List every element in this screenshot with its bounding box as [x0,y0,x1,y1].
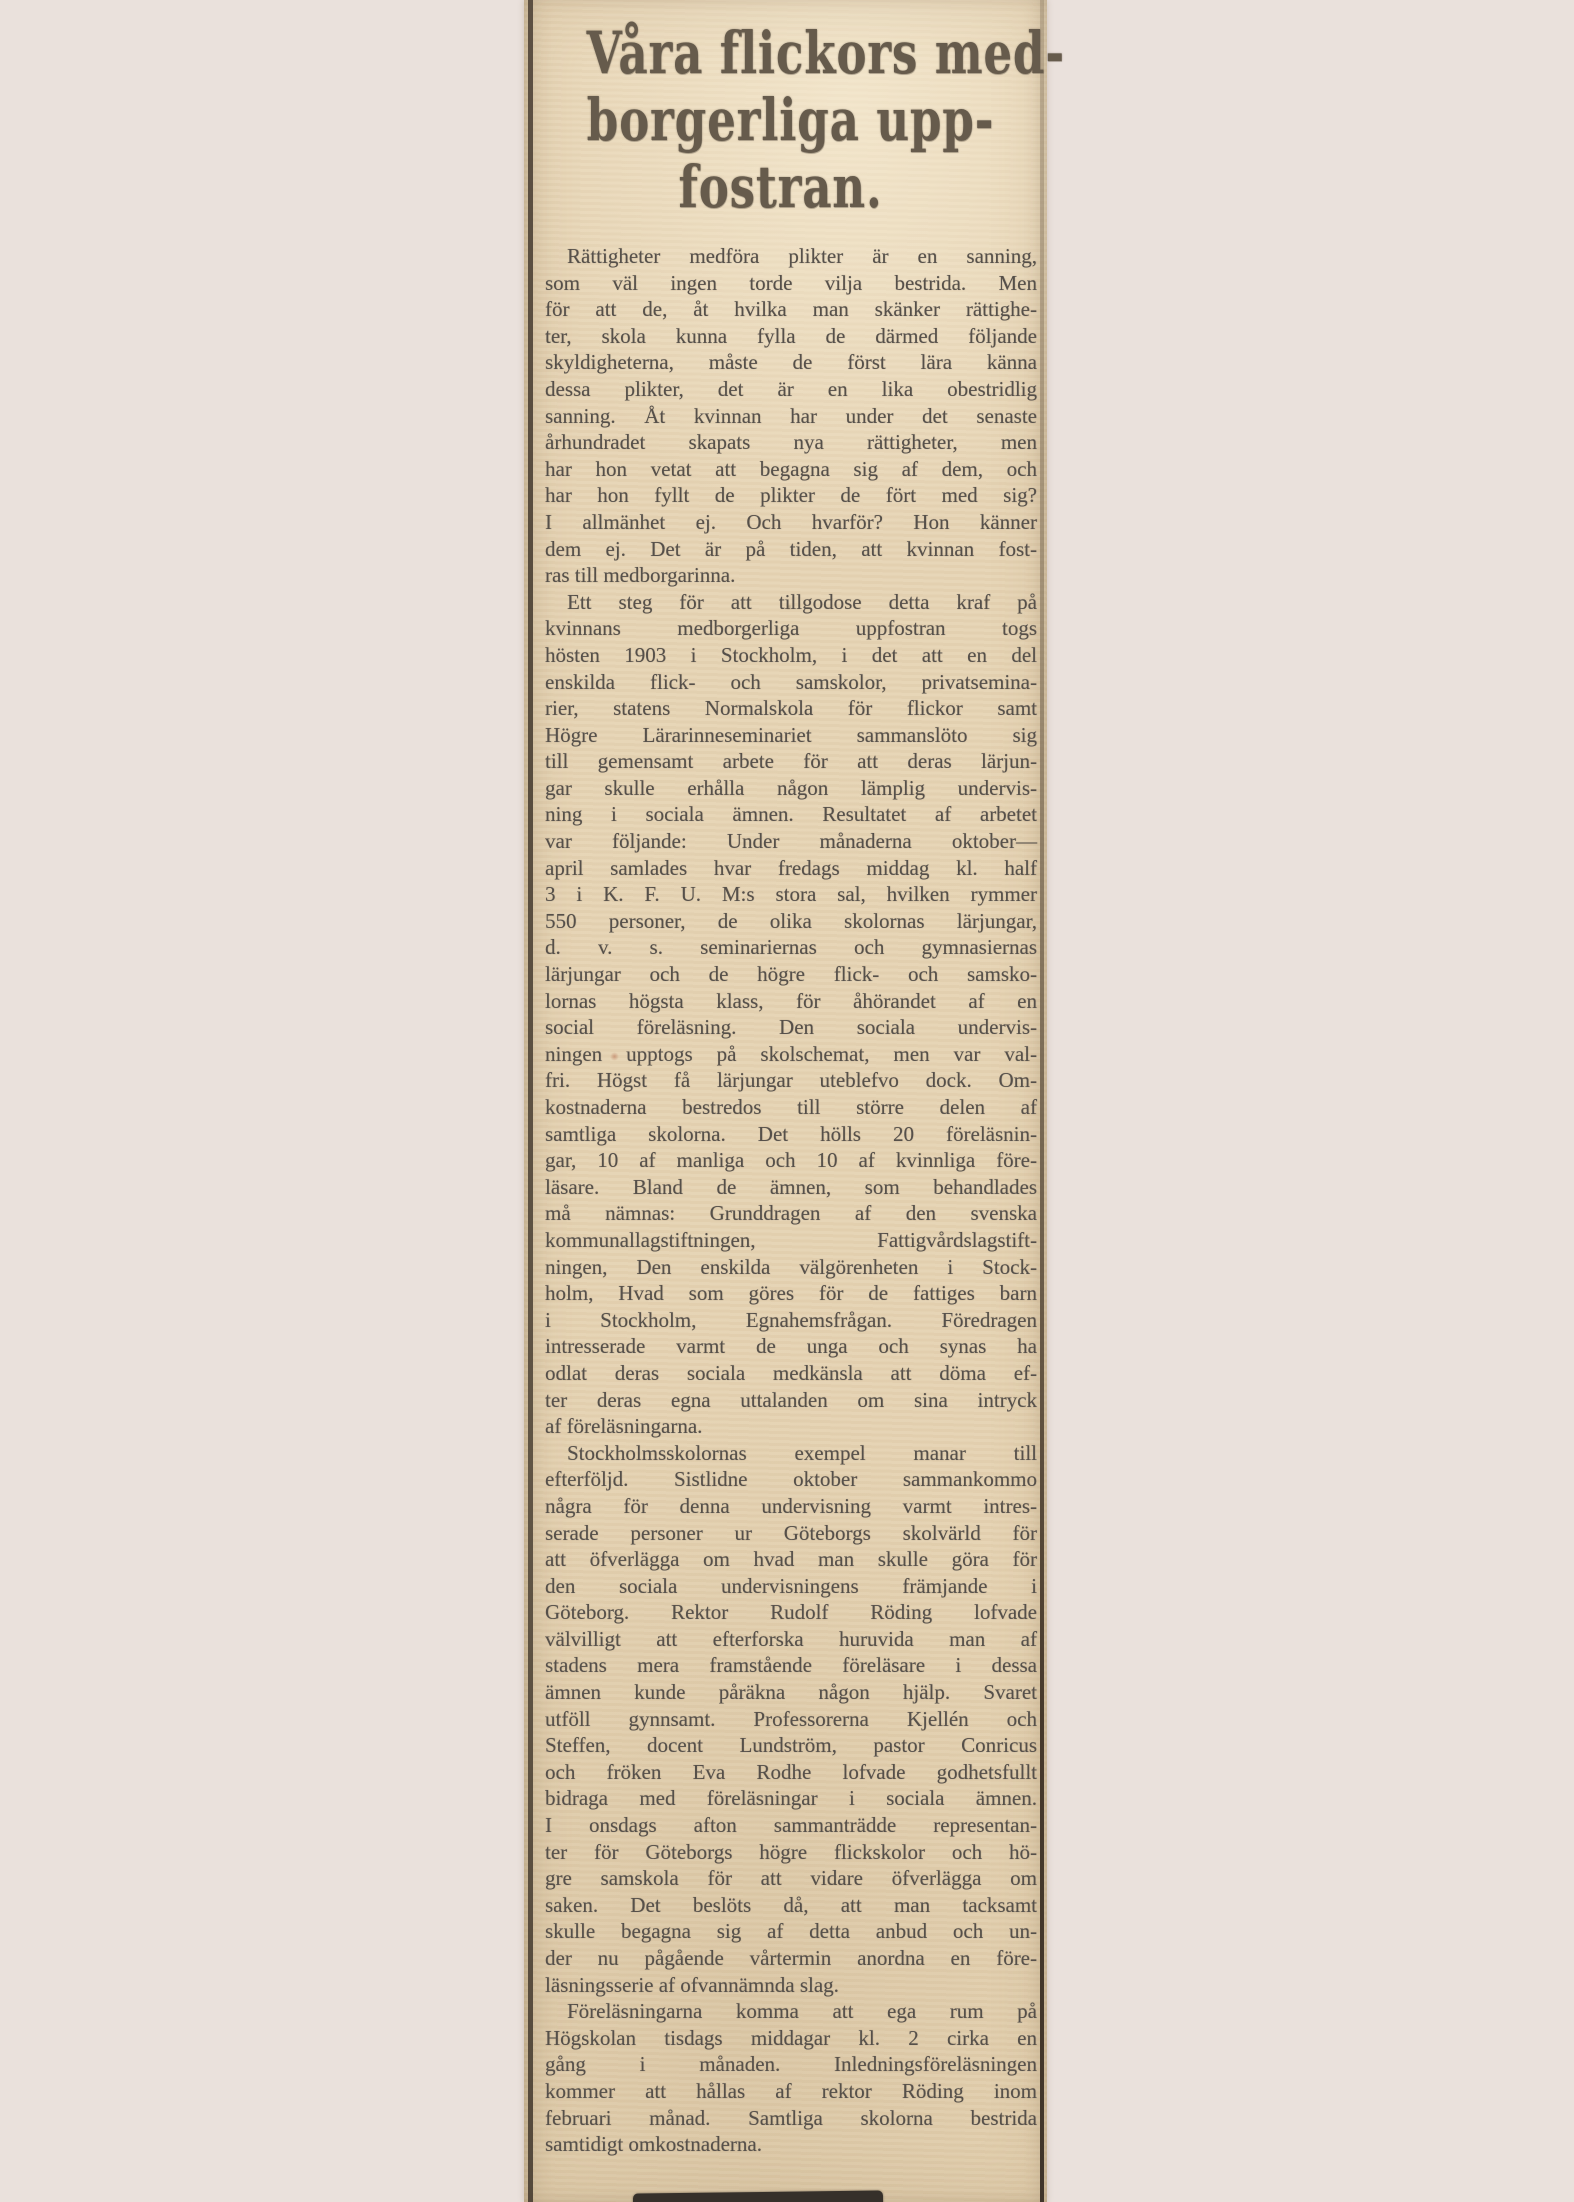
article-line: ningen upptogs på skolschemat, men var v… [545,1041,1037,1068]
article-line: samtliga skolorna. Det hölls 20 föreläsn… [545,1121,1037,1148]
article-line: skulle begagna sig af detta anbud och un… [545,1918,1037,1945]
article-line: har hon vetat att begagna sig af dem, oc… [545,456,1037,483]
article-line: holm, Hvad som göres för de fattiges bar… [545,1280,1037,1307]
article-line: att öfverlägga om hvad man skulle göra f… [545,1546,1037,1573]
article-title: Våra flickors med- borgerliga upp- fostr… [532,20,1029,221]
article-line: århundradet skapats nya rättigheter, men [545,429,1037,456]
article-line: utföll gynnsamt. Professorerna Kjellén o… [545,1706,1037,1733]
article-line: välvilligt att efterforska huruvida man … [545,1626,1037,1653]
article-title-line-3: fostran. [587,154,975,221]
article-line: efterföljd. Sistlidne oktober sammankomm… [545,1466,1037,1493]
scan-background: Våra flickors med- borgerliga upp- fostr… [0,0,1574,2202]
article-line: social föreläsning. Den sociala undervis… [545,1014,1037,1041]
article-line: ras till medborgarinna. [545,562,1037,589]
article-line: ter, skola kunna fylla de därmed följand… [545,323,1037,350]
article-line: dessa plikter, det är en lika obestridli… [545,376,1037,403]
article-line: Rättigheter medföra plikter är en sannin… [545,243,1037,270]
article-line: intresserade varmt de unga och synas ha [545,1333,1037,1360]
article-line: saken. Det beslöts då, att man tacksamt [545,1892,1037,1919]
article-line: 550 personer, de olika skolornas lärjung… [545,908,1037,935]
article-line: som väl ingen torde vilja bestrida. Men [545,270,1037,297]
article-line: skyldigheterna, måste de först lära känn… [545,349,1037,376]
article-line: I allmänhet ej. Och hvarför? Hon känner [545,509,1037,536]
article-line: gre samskola för att vidare öfverlägga o… [545,1865,1037,1892]
article-line: kostnaderna bestredos till större delen … [545,1094,1037,1121]
article-line: för att de, åt hvilka man skänker rättig… [545,296,1037,323]
article-line: sanning. Åt kvinnan har under det senast… [545,403,1037,430]
article-line: läsningsserie af ofvannämnda slag. [545,1972,1037,1999]
article-title-line-1: Våra flickors med- [587,20,975,87]
article-line: fri. Högst få lärjungar uteblefvo dock. … [545,1067,1037,1094]
article-line: Steffen, docent Lundström, pastor Conric… [545,1732,1037,1759]
article-line: I onsdags afton sammanträdde representan… [545,1812,1037,1839]
article-line: läsare. Bland de ämnen, som behandlades [545,1174,1037,1201]
article-line: gar, 10 af manliga och 10 af kvinnliga f… [545,1147,1037,1174]
article-line: ning i sociala ämnen. Resultatet af arbe… [545,801,1037,828]
article-line: af föreläsningarna. [545,1413,1037,1440]
article-line: lärjungar och de högre flick- och samsko… [545,961,1037,988]
article-line: april samlades hvar fredags middag kl. h… [545,855,1037,882]
article-line: till gemensamt arbete för att deras lärj… [545,748,1037,775]
article-line: odlat deras sociala medkänsla att döma e… [545,1360,1037,1387]
article-line: i Stockholm, Egnahemsfrågan. Föredragen [545,1307,1037,1334]
article-line: den sociala undervisningens främjande i [545,1573,1037,1600]
article-line: kommunallagstiftningen, Fattigvårdslagst… [545,1227,1037,1254]
article-line: stadens mera framstående föreläsare i de… [545,1652,1037,1679]
article-line: Föreläsningarna komma att ega rum på [545,1998,1037,2025]
article-line: 3 i K. F. U. M:s stora sal, hvilken rymm… [545,881,1037,908]
article-line: Stockholmsskolornas exempel manar till [545,1440,1037,1467]
separator-bar-fragment [633,2190,883,2202]
column-rule-right [1040,0,1044,2202]
article-line: Göteborg. Rektor Rudolf Röding lofvade [545,1599,1037,1626]
article-body: Rättigheter medföra plikter är en sannin… [545,243,1037,2158]
article-line: kommer att hållas af rektor Röding inom [545,2078,1037,2105]
article-line: ter deras egna uttalanden om sina intryc… [545,1387,1037,1414]
article-line: Högre Lärarinneseminariet sammanslöto si… [545,722,1037,749]
article-line: ämnen kunde påräkna någon hjälp. Svaret [545,1679,1037,1706]
article-line: ter för Göteborgs högre flickskolor och … [545,1839,1037,1866]
article-line: kvinnans medborgerliga uppfostran togs [545,615,1037,642]
article-line: der nu pågående vårtermin anordna en för… [545,1945,1037,1972]
article-line: februari månad. Samtliga skolorna bestri… [545,2105,1037,2132]
article-line: dem ej. Det är på tiden, att kvinnan fos… [545,536,1037,563]
article-line: gar skulle erhålla någon lämplig undervi… [545,775,1037,802]
article-line: d. v. s. seminariernas och gymnasiernas [545,934,1037,961]
article-line: var följande: Under månaderna oktober— [545,828,1037,855]
article-line: Högskolan tisdags middagar kl. 2 cirka e… [545,2025,1037,2052]
article-line: några för denna undervisning varmt intre… [545,1493,1037,1520]
article-line: enskilda flick- och samskolor, privatsem… [545,669,1037,696]
article-line: ningen, Den enskilda välgörenheten i Sto… [545,1254,1037,1281]
newspaper-clipping: Våra flickors med- borgerliga upp- fostr… [524,0,1047,2202]
article-line: gång i månaden. Inledningsföreläsningen [545,2051,1037,2078]
article-line: och fröken Eva Rodhe lofvade godhetsfull… [545,1759,1037,1786]
article-line: må nämnas: Grunddragen af den svenska [545,1200,1037,1227]
article-line: har hon fyllt de plikter de fört med sig… [545,482,1037,509]
article-line: rier, statens Normalskola för flickor sa… [545,695,1037,722]
column-rule-left [528,0,533,2202]
article-line: samtidigt omkostnaderna. [545,2131,1037,2158]
article-line: Ett steg för att tillgodose detta kraf p… [545,589,1037,616]
article-line: lornas högsta klass, för åhörandet af en [545,988,1037,1015]
article-line: hösten 1903 i Stockholm, i det att en de… [545,642,1037,669]
article-line: serade personer ur Göteborgs skolvärld f… [545,1520,1037,1547]
article-title-line-2: borgerliga upp- [587,87,975,154]
article-line: bidraga med föreläsningar i sociala ämne… [545,1785,1037,1812]
